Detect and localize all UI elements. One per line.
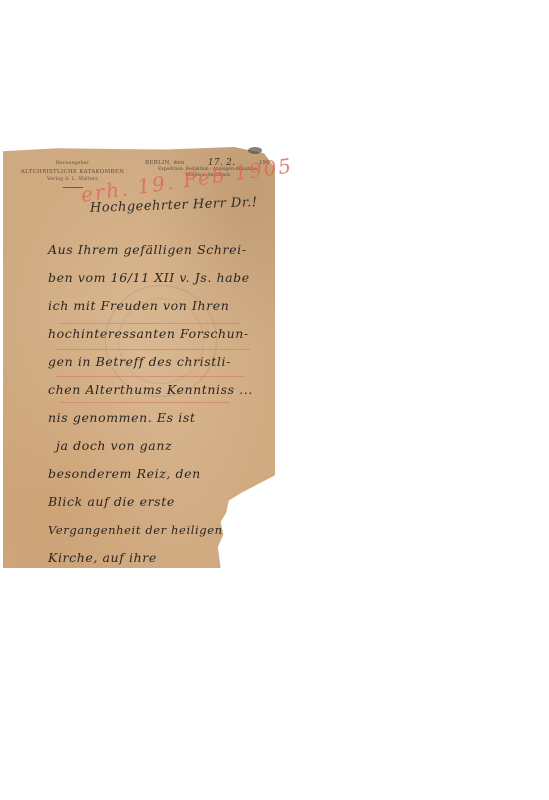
letterhead-publisher-label: Herausgeber xyxy=(10,160,135,168)
body-line: besonderem Reiz, den xyxy=(48,460,273,488)
body-line: gen in Betreff des christli- xyxy=(48,348,273,376)
body-line: ben vom 16/11 XII v. Js. habe xyxy=(48,264,273,292)
body-line: hochinteressanten Forschun- xyxy=(48,320,273,348)
body-line: Blick auf die erste xyxy=(48,488,273,516)
body-line: ich mit Freuden von Ihren xyxy=(48,292,273,320)
body-line: ja doch von ganz xyxy=(48,432,273,460)
punch-hole xyxy=(248,147,262,154)
place-label: BERLIN, den xyxy=(145,160,185,167)
body-line: nis genommen. Es ist xyxy=(48,404,273,432)
body-line: Aus Ihrem gefälligen Schrei- xyxy=(48,236,273,264)
body-line: Vergangenheit der heiligen xyxy=(48,516,273,544)
body-line: chen Alterthums Kenntniss ... xyxy=(48,376,273,404)
letter-body: Aus Ihrem gefälligen Schrei- ben vom 16/… xyxy=(48,236,273,572)
body-line: Kirche, auf ihre xyxy=(48,544,273,572)
letterhead-title: ALTCHRISTLICHE KATAKOMBEN xyxy=(10,168,135,176)
